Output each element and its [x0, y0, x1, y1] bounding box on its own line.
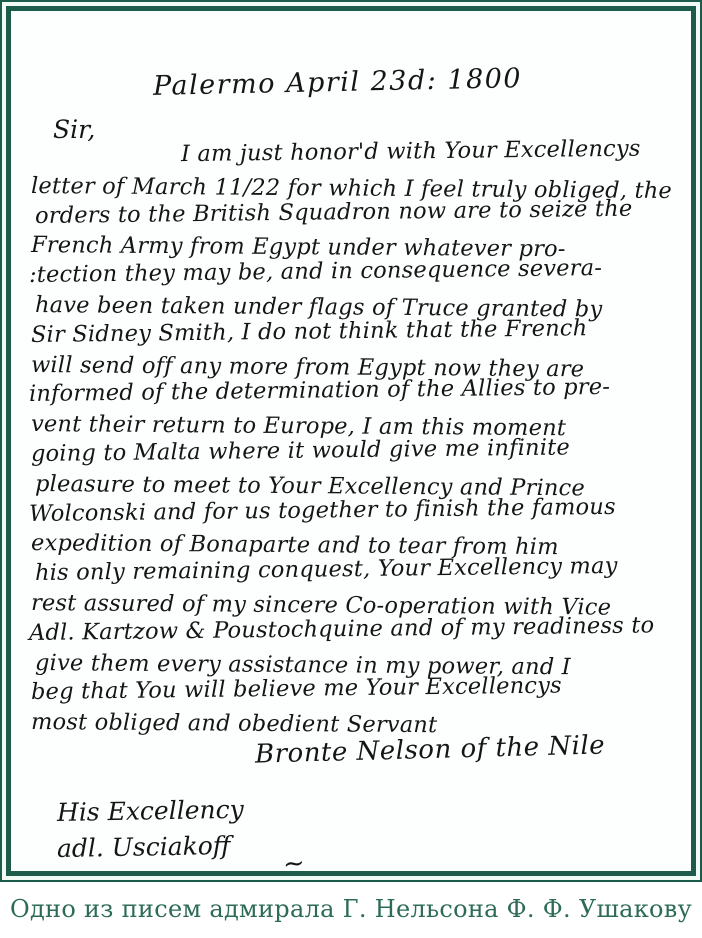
letter-line: beg that You will believe me Your Excell…	[31, 670, 695, 708]
letter-address-block: His Excellency adl. Usciakoff	[57, 795, 244, 867]
figure-caption: Одно из писем адмирала Г. Нельсона Ф. Ф.…	[0, 895, 702, 923]
letter-line: informed of the determination of the All…	[29, 372, 695, 410]
letter-dateline: Palermo April 23d: 1800	[153, 63, 523, 102]
letter-address-line: adl. Usciakoff	[57, 828, 244, 867]
letter-salutation: Sir,	[53, 115, 95, 144]
letter-line: I am just honor'd with Your Excellencys	[31, 134, 695, 172]
letter-address-line: His Excellency	[57, 792, 244, 831]
pen-flourish: ~	[281, 848, 306, 876]
decorative-frame: Palermo April 23d: 1800 Sir, I am just h…	[0, 0, 702, 882]
letter-scan: Palermo April 23d: 1800 Sir, I am just h…	[6, 6, 696, 876]
letter-body: I am just honor'd with Your Excellencys …	[31, 142, 695, 738]
